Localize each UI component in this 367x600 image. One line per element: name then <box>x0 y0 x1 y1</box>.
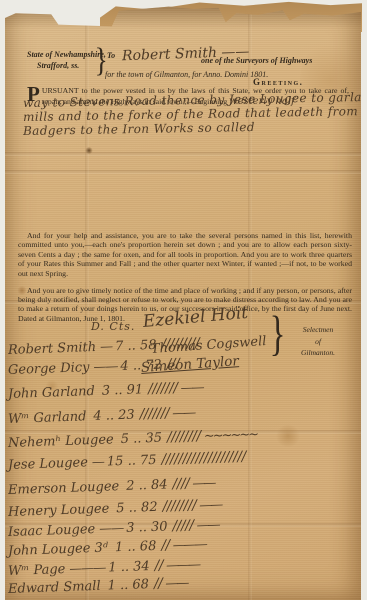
selectmen-line: of <box>289 336 347 348</box>
roster-tally-marks: ∕∕∕∕∕∕∕ <box>148 380 178 397</box>
roster-trail-line: ——— <box>166 557 200 573</box>
roster-amount: 3 .. 30 <box>126 519 168 535</box>
fold-crease <box>5 152 361 156</box>
roster-name: Robert Smith <box>8 340 97 358</box>
roster-trail-line: ——— <box>172 537 206 553</box>
roster-tally-marks: ∕∕∕∕∕ <box>172 518 194 535</box>
roster-amount: 1 .. 68 <box>107 577 149 593</box>
roster-tally-marks: ∕∕ <box>154 576 163 592</box>
roster-name: Nehemʰ Lougee <box>8 432 114 451</box>
roster-separator: — <box>92 455 105 470</box>
roster-name: Jese Lougee <box>8 455 88 473</box>
roster-trail-line: —— <box>192 476 215 492</box>
roster-row: Jese Lougee—15 .. 75∕∕∕∕∕∕∕∕∕∕∕∕∕∕∕∕∕∕∕∕ <box>8 449 249 473</box>
roster-amount: 3 .. 91 <box>102 382 144 398</box>
roster-separator <box>112 540 113 555</box>
selectmen-line: Selectmen <box>289 324 347 336</box>
roster-trail-line: —— <box>165 576 188 592</box>
roster-row: John Garland3 .. 91∕∕∕∕∕∕∕—— <box>8 379 203 402</box>
roster-separator <box>90 409 91 424</box>
roster-tally-marks: ∕∕∕∕∕∕∕∕ <box>167 428 201 445</box>
selectmen-label: Selectmen of Gilmanton. <box>289 324 347 359</box>
roster-amount: 1 .. 68 <box>115 539 157 555</box>
roster-separator <box>104 579 105 594</box>
roster-row: Emerson Lougee2 .. 84∕∕∕∕—— <box>8 475 215 498</box>
roster-tally-marks: ∕∕∕∕∕∕∕ <box>139 405 169 422</box>
roster-separator <box>123 479 124 494</box>
roster-amount: 2 .. 84 <box>126 477 168 493</box>
roster-name: Isaac Lougee <box>8 522 96 540</box>
town-year-line: for the town of Gilmanton, for Anno. Dom… <box>105 70 268 79</box>
assistance-paragraph: And for your help and assistance, you ar… <box>18 231 352 278</box>
roster-amount: 5 .. 82 <box>116 500 158 516</box>
roster-name: Henery Lougee <box>8 501 110 520</box>
route-line-3: Badgers to the Iron Works so called <box>23 120 255 138</box>
roster-tally-marks: ∕∕ <box>154 558 163 574</box>
roster-separator <box>117 432 118 447</box>
roster-tally-marks: ∕∕∕ <box>166 356 179 372</box>
roster-tally-marks: ∕∕∕∕∕∕∕∕∕ <box>161 335 199 352</box>
roster-trail-line: —— <box>199 498 222 514</box>
roster-separator <box>113 501 114 516</box>
roster-amount: 15 .. 75 <box>107 453 157 470</box>
roster-separator: ——— <box>69 561 106 577</box>
signature-brace: } <box>270 305 286 361</box>
roster-name: George Dicy <box>8 360 90 378</box>
roster-name: John Lougee 3ᵈ <box>8 541 109 559</box>
roster-name: Wᵐ Page <box>8 562 66 579</box>
roster-amount: 4 .. 23 <box>93 408 135 424</box>
scanned-document: State of Newhampshire, Strafford, ss. } … <box>0 0 367 600</box>
roster-amount: 4 .. 72 <box>120 358 162 374</box>
roster-tally-marks: ∕∕∕∕ <box>172 476 189 493</box>
selectmen-line: Gilmanton. <box>289 347 347 359</box>
roster-row: Henery Lougee5 .. 82∕∕∕∕∕∕∕∕—— <box>8 497 222 520</box>
roster-name: Wᵐ Garland <box>8 409 87 427</box>
roster-name: Emerson Lougee <box>8 479 120 498</box>
fold-crease <box>5 170 361 174</box>
to-label: To <box>107 51 115 60</box>
dollars-cents-header: D. Cts. <box>91 320 135 333</box>
roster-separator: —— <box>99 521 124 537</box>
roster-row: John Lougee 3ᵈ1 .. 68∕∕——— <box>8 536 206 559</box>
stain <box>275 425 301 447</box>
roster-name: John Garland <box>8 384 95 402</box>
roster-trail-line: —— <box>196 518 219 534</box>
surveyor-title-line: one of the Surveyors of Highways <box>201 56 312 65</box>
roster-tally-marks: ∕∕ <box>161 537 170 553</box>
roster-trail-line: ∼∼∼∼∼∼ <box>203 427 257 444</box>
roster-row: Wᵐ Garland4 .. 23∕∕∕∕∕∕∕—— <box>8 405 195 427</box>
roster-amount: 5 .. 35 <box>120 431 162 447</box>
roster-trail-line: —— <box>180 380 203 396</box>
roster-row: Edward Small1 .. 68∕∕—— <box>8 575 188 597</box>
roster-tally-marks: ∕∕∕∕∕∕∕∕ <box>162 497 196 514</box>
roster-trail-line: —— <box>172 406 195 422</box>
roster-separator <box>99 384 100 399</box>
roster-separator: — <box>100 339 113 354</box>
roster-separator: —— <box>93 359 118 375</box>
roster-tally-marks: ∕∕∕∕∕∕∕∕∕∕∕∕∕∕∕∕∕∕∕∕ <box>161 449 246 468</box>
roster-amount: 1 .. 34 <box>108 559 150 575</box>
roster-amount: 7 .. 58 <box>115 338 157 354</box>
pencil-scribble <box>11 1 57 15</box>
paper-sheet: State of Newhampshire, Strafford, ss. } … <box>5 0 361 600</box>
